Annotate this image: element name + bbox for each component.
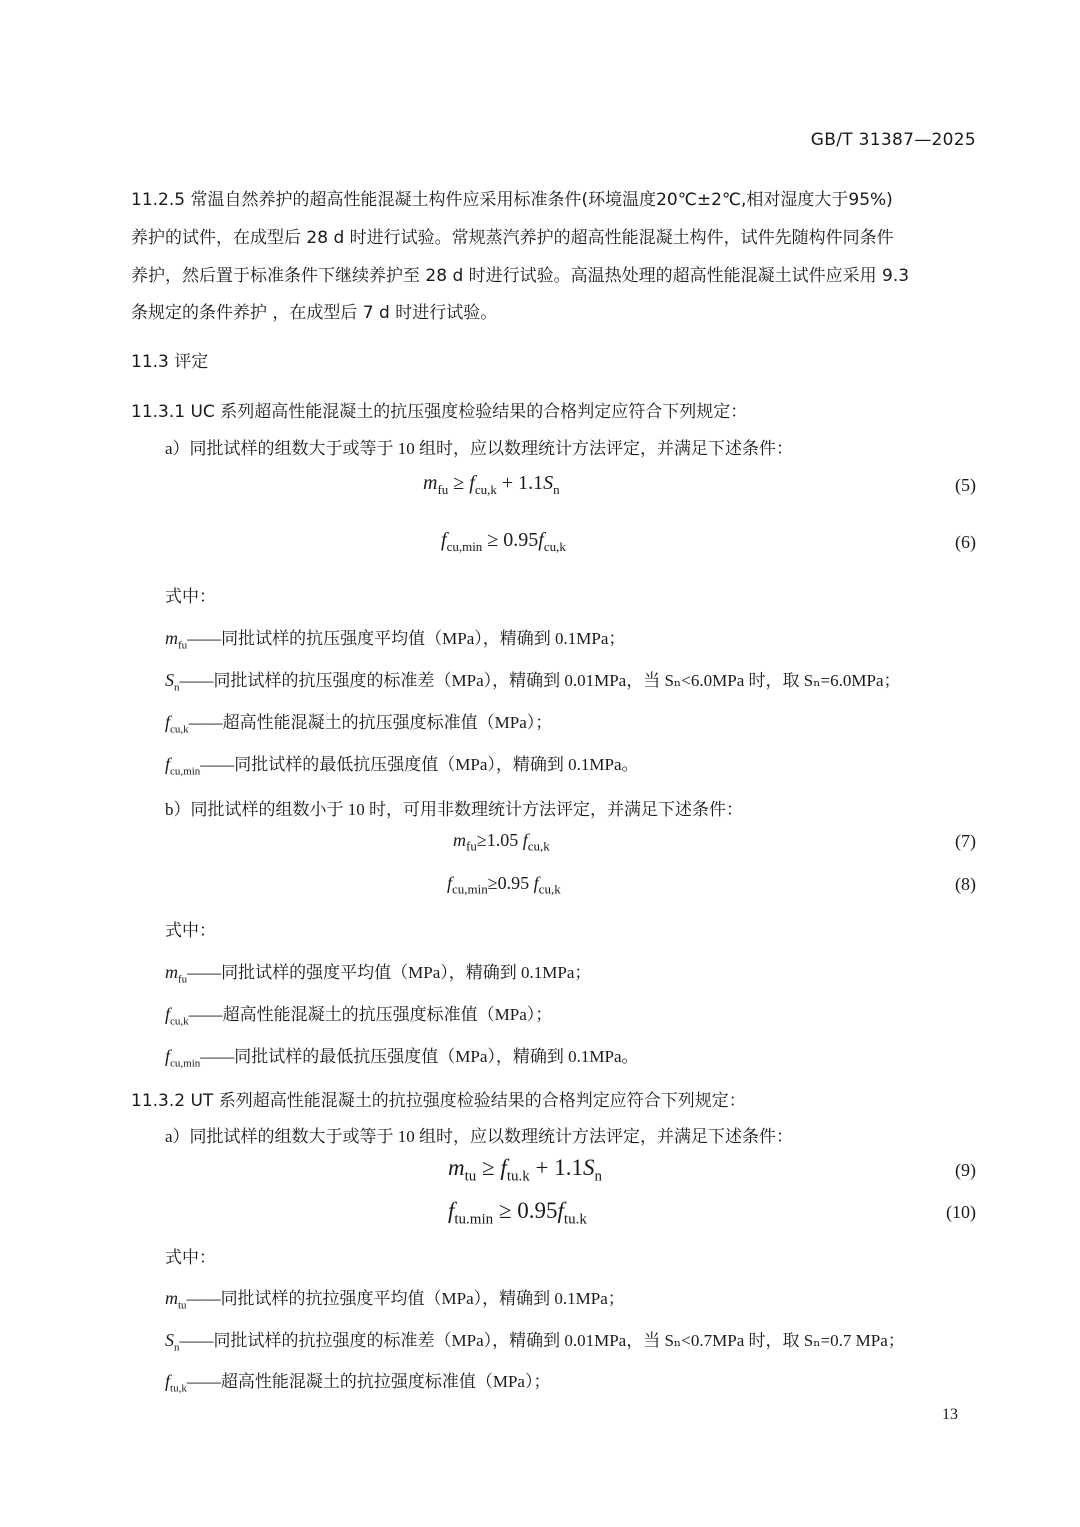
clause-11-3-1-title: 11.3.1 UC 系列超高性能混凝土的抗压强度检验结果的合格判定应符合下列规定…	[131, 397, 747, 422]
definition-f-cuk: fcu,k——超高性能混凝土的抗压强度标准值（MPa）；	[165, 1000, 552, 1028]
definition-f-cumin: fcu,min——同批试样的最低抗压强度值（MPa），精确到 0.1MPa。	[165, 1042, 639, 1070]
clause-11-2-5-line-1: 11.2.5 常温自然养护的超高性能混凝土构件应采用标准条件(环境温度20℃±2…	[131, 185, 893, 210]
standard-number-header: GB/T 31387—2025	[811, 130, 976, 150]
where-label: 式中：	[165, 1243, 216, 1268]
equation-9: mtu ≥ ftu.k + 1.1Sn	[448, 1155, 602, 1186]
clause-11-2-5-line-4: 条规定的条件养护 ，在成型后 7 d 时进行试验。	[131, 298, 497, 323]
clause-11-3-1-item-b: b）同批试样的组数小于 10 时，可用非数理统计方法评定，并满足下述条件：	[165, 795, 743, 820]
clause-11-3-2-item-a: a）同批试样的组数大于或等于 10 组时，应以数理统计方法评定，并满足下述条件：	[165, 1122, 793, 1147]
equation-7: mfu≥1.05 fcu,k	[453, 830, 550, 855]
equation-8: fcu,min≥0.95 fcu,k	[447, 873, 561, 898]
definition-f-tuk: ftu,k——超高性能混凝土的抗拉强度标准值（MPa）；	[165, 1367, 550, 1395]
where-label: 式中：	[165, 916, 216, 941]
equation-6-number: (6)	[955, 532, 976, 553]
equation-6: fcu,min ≥ 0.95fcu,k	[441, 529, 566, 555]
definition-m-fu: mfu——同批试样的强度平均值（MPa），精确到 0.1MPa；	[165, 958, 591, 986]
clause-11-2-5-line-2: 养护的试件，在成型后 28 d 时进行试验。常规蒸汽养护的超高性能混凝土构件，试…	[131, 223, 894, 248]
section-11-3-heading: 11.3 评定	[131, 347, 208, 372]
definition-f-cuk: fcu,k——超高性能混凝土的抗压强度标准值（MPa）；	[165, 708, 552, 736]
clause-11-3-1-item-a: a）同批试样的组数大于或等于 10 组时，应以数理统计方法评定，并满足下述条件：	[165, 434, 793, 459]
page-number: 13	[942, 1406, 958, 1424]
definition-s-n: Sn——同批试样的抗拉强度的标准差（MPa），精确到 0.01MPa，当 Sₙ<…	[165, 1326, 905, 1354]
equation-10-number: (10)	[946, 1202, 976, 1223]
definition-m-tu: mtu——同批试样的抗拉强度平均值（MPa），精确到 0.1MPa；	[165, 1284, 625, 1312]
equation-5: mfu ≥ fcu,k + 1.1Sn	[423, 472, 560, 498]
equation-10: ftu.min ≥ 0.95ftu.k	[448, 1198, 587, 1229]
where-label: 式中：	[165, 582, 216, 607]
definition-s-n: Sn——同批试样的抗压强度的标准差（MPa），精确到 0.01MPa，当 Sₙ<…	[165, 666, 901, 694]
equation-7-number: (7)	[955, 831, 976, 852]
clause-11-2-5-line-3: 养护，然后置于标准条件下继续养护至 28 d 时进行试验。高温热处理的超高性能混…	[131, 261, 909, 286]
clause-11-3-2-title: 11.3.2 UT 系列超高性能混凝土的抗拉强度检验结果的合格判定应符合下列规定…	[131, 1086, 746, 1111]
equation-8-number: (8)	[955, 874, 976, 895]
equation-9-number: (9)	[955, 1160, 976, 1181]
document-page: GB/T 31387—2025 11.2.5 常温自然养护的超高性能混凝土构件应…	[0, 0, 1080, 1527]
definition-f-cumin: fcu,min——同批试样的最低抗压强度值（MPa），精确到 0.1MPa。	[165, 750, 639, 778]
equation-5-number: (5)	[955, 475, 976, 496]
definition-m-fu: mfu——同批试样的抗压强度平均值（MPa），精确到 0.1MPa；	[165, 624, 625, 652]
